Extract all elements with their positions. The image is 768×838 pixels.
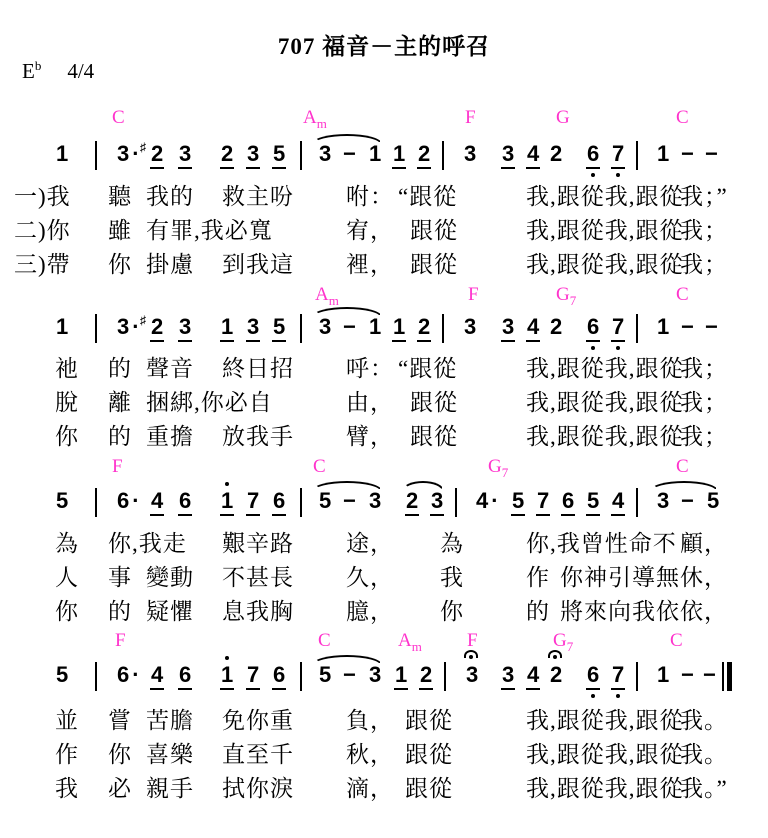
slur-arc <box>312 655 382 665</box>
lyric-segment: 免你重 <box>222 708 294 734</box>
note: 6 <box>561 489 575 516</box>
lyric-segment: 聲音 <box>146 356 194 382</box>
lyric-segment: 三)帶 <box>14 252 71 278</box>
barline <box>444 662 446 691</box>
lyric-segment: 救主吩 <box>222 184 294 210</box>
note: 2 <box>549 315 563 340</box>
lyric-segment: 跟從 <box>410 252 458 278</box>
note: 5 <box>272 315 286 342</box>
lyric-segment: 有罪,我必寬 <box>146 218 273 244</box>
chord-label: F <box>468 285 479 305</box>
lyric-segment: 疑懼 <box>146 599 194 625</box>
lyric-segment: 為 <box>55 531 79 557</box>
lyric-segment: 休， <box>680 565 728 591</box>
note: 3 <box>501 663 515 690</box>
chord-label: F <box>465 108 476 128</box>
lyric-segment: 呼： <box>346 356 394 382</box>
lyric-segment: 跟從 <box>405 708 453 734</box>
barline <box>636 662 638 691</box>
note: 5 <box>511 489 525 516</box>
note: 3 <box>501 142 515 169</box>
barline <box>95 488 97 517</box>
lyric-segment: 你 <box>55 424 79 450</box>
chord-label: C <box>676 457 689 477</box>
slur-arc <box>312 134 382 144</box>
lyric-segment: 依， <box>680 599 728 625</box>
note: 3 <box>463 142 477 167</box>
note: 6 <box>586 142 600 169</box>
note: 2 <box>417 142 431 169</box>
dash-note: − <box>680 663 695 688</box>
note: ♯2 <box>150 142 164 169</box>
note: 5 <box>55 663 69 688</box>
low-octave-dot <box>591 173 595 177</box>
chord-label: G7 <box>553 631 573 651</box>
lyric-segment: 我。 <box>680 708 728 734</box>
note: 2 <box>220 142 234 169</box>
lyric-segment: 途， <box>346 531 394 557</box>
note: 3 <box>501 315 515 342</box>
note: 3· <box>116 315 140 340</box>
note: 4 <box>150 663 164 690</box>
augmentation-dot: · <box>132 314 139 339</box>
note: 4 <box>526 142 540 169</box>
lyric-segment: 我；” <box>680 184 728 210</box>
chord-label: G7 <box>488 457 508 477</box>
note: 3 <box>318 315 332 340</box>
lyric-segment: 聽 <box>108 184 132 210</box>
barline <box>300 488 302 517</box>
lyric-segment: 重擔 <box>146 424 194 450</box>
lyric-segment: 咐： <box>346 184 394 210</box>
lyric-segment: 臆， <box>346 599 394 625</box>
lyric-segment: 作 <box>55 742 79 768</box>
chord-label: Am <box>398 631 422 651</box>
note: 4 <box>150 489 164 516</box>
key-signature: Eb4/4 <box>22 58 94 84</box>
lyric-segment: 我,跟從我,跟從 <box>526 356 684 382</box>
dash-note: − <box>704 142 719 167</box>
note: 1 <box>368 315 382 340</box>
note: 2 <box>549 142 563 167</box>
lyric-segment: 跟從 <box>410 218 458 244</box>
lyric-segment: 艱辛路 <box>222 531 294 557</box>
lyric-segment: 嘗 <box>108 708 132 734</box>
lyric-segment: 跟從 <box>410 424 458 450</box>
lyric-segment: 不甚長 <box>222 565 294 591</box>
lyric-segment: 跟從 <box>405 776 453 802</box>
note: 2 <box>549 663 563 688</box>
note: 6· <box>116 489 140 514</box>
dash-note: − <box>680 489 695 514</box>
note: 5 <box>318 489 332 514</box>
lyric-segment: 我,跟從我,跟從 <box>526 742 684 768</box>
sharp-accidental: ♯ <box>140 308 146 332</box>
lyric-segment: 跟從 <box>405 742 453 768</box>
note: 1 <box>392 142 406 169</box>
lyric-segment: 我 <box>55 776 79 802</box>
lyric-segment: 跟從 <box>410 390 458 416</box>
chord-label: C <box>318 631 331 651</box>
barline <box>636 141 638 170</box>
low-octave-dot <box>616 694 620 698</box>
note: 5 <box>318 663 332 688</box>
lyric-segment: 我,跟從我,跟從 <box>526 218 684 244</box>
note: 1 <box>368 142 382 167</box>
note: 4 <box>526 315 540 342</box>
note: 1 <box>220 489 234 516</box>
lyric-segment: 我。” <box>680 776 728 802</box>
note: 3 <box>246 142 260 169</box>
lyric-segment: 事 <box>108 565 132 591</box>
slur-arc <box>650 481 718 491</box>
dash-note: − <box>342 489 357 514</box>
note: 7 <box>611 142 625 169</box>
lyric-segment: 苦膽 <box>146 708 194 734</box>
slur-arc <box>312 307 382 317</box>
note: 1 <box>394 663 408 690</box>
lyric-segment: 我的 <box>146 184 194 210</box>
hymn-sheet: 707 福音－主的呼召 Eb4/4 CAmFGC13·♯232353−11233… <box>0 0 768 838</box>
note: 3 <box>318 142 332 167</box>
barline <box>95 141 97 170</box>
lyric-segment: 我,跟從我,跟從 <box>526 776 684 802</box>
slur-arc <box>312 481 382 491</box>
low-octave-dot <box>616 346 620 350</box>
dash-note: − <box>680 142 695 167</box>
low-octave-dot <box>591 346 595 350</box>
note: 1 <box>55 315 69 340</box>
note: 3 <box>465 663 479 688</box>
chord-label: C <box>112 108 125 128</box>
note: 5 <box>706 489 720 514</box>
barline <box>636 314 638 343</box>
lyric-segment: 的 <box>108 424 132 450</box>
augmentation-dot: · <box>132 141 139 166</box>
note: 2 <box>405 489 419 516</box>
chord-label: F <box>115 631 126 651</box>
lyric-segment: 捆綁,你必自 <box>146 390 273 416</box>
note: 1 <box>55 142 69 167</box>
lyric-segment: 並 <box>55 708 79 734</box>
lyric-segment: 將來向我依 <box>560 599 680 625</box>
lyric-segment: 為 <box>440 531 464 557</box>
lyric-segment: 由， <box>346 390 394 416</box>
lyric-segment: 我； <box>680 218 728 244</box>
lyric-segment: 我； <box>680 252 728 278</box>
lyric-segment: 你,我走 <box>108 531 187 557</box>
lyric-segment: 負， <box>346 708 394 734</box>
augmentation-dot: · <box>132 662 139 687</box>
note: 7 <box>246 489 260 516</box>
lyric-segment: 終日招 <box>222 356 294 382</box>
lyric-segment: 你 <box>108 742 132 768</box>
note: 6 <box>178 663 192 690</box>
chord-label: Am <box>315 285 339 305</box>
lyric-segment: 息我胸 <box>222 599 294 625</box>
note: 1 <box>220 315 234 342</box>
lyric-segment: 親手 <box>146 776 194 802</box>
note: 5 <box>272 142 286 169</box>
note: 6· <box>116 663 140 688</box>
barline <box>300 314 302 343</box>
lyric-segment: 我,跟從我,跟從 <box>526 184 684 210</box>
note: 2 <box>417 315 431 342</box>
fermata-icon <box>548 650 562 658</box>
high-octave-dot <box>225 656 229 660</box>
lyric-segment: 我,跟從我,跟從 <box>526 252 684 278</box>
lyric-segment: 二)你 <box>14 218 71 244</box>
note: ♯2 <box>150 315 164 342</box>
barline <box>442 314 444 343</box>
lyric-segment: 的 <box>526 599 550 625</box>
note: 6 <box>272 663 286 690</box>
lyric-segment: 作 <box>526 565 550 591</box>
lyric-segment: 的 <box>108 356 132 382</box>
slur-arc <box>402 481 444 491</box>
lyric-segment: 我。 <box>680 742 728 768</box>
lyric-segment: 滴， <box>346 776 394 802</box>
note: 4· <box>475 489 499 514</box>
barline <box>300 662 302 691</box>
lyric-segment: 必 <box>108 776 132 802</box>
note: 6 <box>586 663 600 690</box>
lyric-segment: 我 <box>440 565 464 591</box>
lyric-segment: 放我手 <box>222 424 294 450</box>
barline <box>455 488 457 517</box>
note: 6 <box>178 489 192 516</box>
lyric-segment: 你 <box>440 599 464 625</box>
barline <box>300 141 302 170</box>
lyric-segment: 到我這 <box>222 252 294 278</box>
dash-note: − <box>342 315 357 340</box>
lyric-segment: 臂， <box>346 424 394 450</box>
time-signature: 4/4 <box>67 59 94 83</box>
lyric-segment: 人 <box>55 565 79 591</box>
lyric-segment: 一)我 <box>14 184 71 210</box>
chord-label: F <box>467 631 478 651</box>
augmentation-dot: · <box>132 488 139 513</box>
note: 3 <box>463 315 477 340</box>
note: 1 <box>656 315 670 340</box>
lyric-segment: 你 <box>108 252 132 278</box>
lyric-segment: 我； <box>680 424 728 450</box>
lyric-segment: 喜樂 <box>146 742 194 768</box>
note: 6 <box>272 489 286 516</box>
note: 7 <box>611 663 625 690</box>
lyric-segment: 離 <box>108 390 132 416</box>
chord-label: C <box>670 631 683 651</box>
note: 2 <box>419 663 433 690</box>
lyric-segment: 你 <box>55 599 79 625</box>
note: 1 <box>656 142 670 167</box>
lyric-segment: “跟從 <box>398 356 457 382</box>
barline <box>95 662 97 691</box>
lyric-segment: 的 <box>108 599 132 625</box>
note: 3 <box>368 489 382 514</box>
note: 7 <box>246 663 260 690</box>
barline <box>95 314 97 343</box>
lyric-segment: 久， <box>346 565 394 591</box>
note: 3 <box>430 489 444 516</box>
sharp-accidental: ♯ <box>140 135 146 159</box>
lyric-segment: 裡， <box>346 252 394 278</box>
lyric-segment: 脫 <box>55 390 79 416</box>
lyric-segment: 祂 <box>55 356 79 382</box>
lyric-segment: 變動 <box>146 565 194 591</box>
fermata-icon <box>464 650 478 658</box>
dash-note: − <box>702 663 717 688</box>
lyric-segment: 我； <box>680 356 728 382</box>
final-barline <box>722 662 732 691</box>
lyric-segment: 我,跟從我,跟從 <box>526 390 684 416</box>
lyric-segment: 我,跟從我,跟從 <box>526 708 684 734</box>
note: 1 <box>656 663 670 688</box>
lyric-segment: 你神引導無 <box>560 565 680 591</box>
lyric-segment: 雖 <box>108 218 132 244</box>
low-octave-dot <box>616 173 620 177</box>
note: 6 <box>586 315 600 342</box>
dash-note: − <box>342 663 357 688</box>
note: 3 <box>178 142 192 169</box>
dash-note: − <box>342 142 357 167</box>
note: 3 <box>656 489 670 514</box>
note: 3 <box>246 315 260 342</box>
note: 3· <box>116 142 140 167</box>
page-title: 707 福音－主的呼召 <box>0 28 768 61</box>
chord-label: G7 <box>556 285 576 305</box>
lyric-segment: 我,跟從我,跟從 <box>526 424 684 450</box>
chord-label: C <box>676 108 689 128</box>
note: 5 <box>55 489 69 514</box>
high-octave-dot <box>225 482 229 486</box>
dash-note: − <box>704 315 719 340</box>
note: 4 <box>611 489 625 516</box>
note: 1 <box>392 315 406 342</box>
barline <box>636 488 638 517</box>
lyric-segment: 我； <box>680 390 728 416</box>
dash-note: − <box>680 315 695 340</box>
note: 7 <box>536 489 550 516</box>
chord-label: F <box>112 457 123 477</box>
note: 1 <box>220 663 234 690</box>
lyric-segment: 你,我曾性命不 <box>526 531 677 557</box>
key-accidental: b <box>35 58 42 73</box>
lyric-segment: 顧， <box>680 531 728 557</box>
lyric-segment: 宥， <box>346 218 394 244</box>
barline <box>442 141 444 170</box>
chord-label: Am <box>303 108 327 128</box>
note: 3 <box>368 663 382 688</box>
note: 5 <box>586 489 600 516</box>
chord-label: C <box>676 285 689 305</box>
low-octave-dot <box>591 694 595 698</box>
note: 4 <box>526 663 540 690</box>
chord-label: G <box>556 108 570 128</box>
lyric-segment: 拭你淚 <box>222 776 294 802</box>
note: 3 <box>178 315 192 342</box>
chord-label: C <box>313 457 326 477</box>
augmentation-dot: · <box>491 488 498 513</box>
lyric-segment: 直至千 <box>222 742 294 768</box>
lyric-segment: “跟從 <box>398 184 457 210</box>
key-root: E <box>22 59 35 83</box>
note: 7 <box>611 315 625 342</box>
lyric-segment: 掛慮 <box>146 252 194 278</box>
lyric-segment: 秋， <box>346 742 394 768</box>
